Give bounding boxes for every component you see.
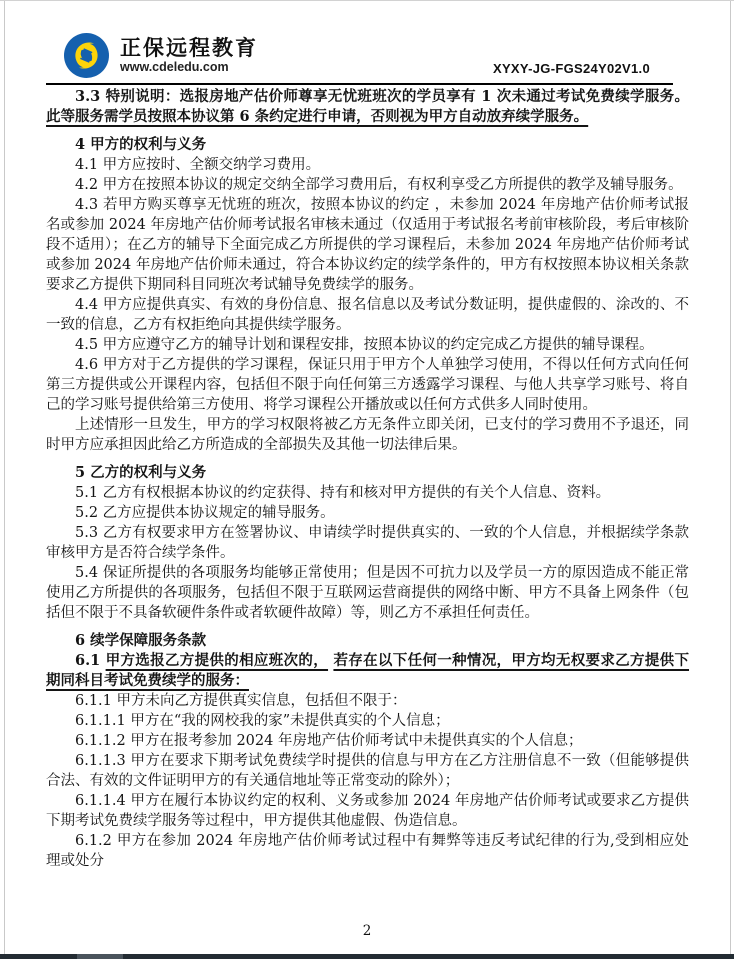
page-top-edge [0, 0, 734, 1]
paragraph-6-1-1-3: 6.1.1.3 甲方在要求下期考试免费续学时提供的信息与甲方在乙方注册信息不一致… [46, 751, 689, 791]
paragraph-6-1-1-1: 6.1.1.1 甲方在“我的网校我的家”未提供真实的个人信息； [46, 711, 689, 731]
document-body: 3.3 特别说明：选报房地产估价师尊享无忧班班次的学员享有 1 次未通过考试免费… [46, 87, 689, 871]
text-run: 甲方选报乙方提供的相应班次的， [106, 652, 328, 669]
text-run: 3.3 特别说明：选报房地产估价师尊享无忧班班次的学员享有 1 次未通过考试免费… [75, 88, 689, 105]
text-run: 4.3 若甲方购买尊享无忧班的班次，按照本协议的约定 ，未参加 2024 年房地… [46, 197, 689, 293]
brand-logo-icon [64, 33, 109, 78]
text-run: 4.6 甲方对于乙方提供的学习课程，保证只用于甲方个人单独学习使用，不得以任何方… [46, 357, 689, 413]
heading-4: 4 甲方的权利与义务 [46, 135, 689, 155]
text-run: 6.1.1.4 甲方在履行本协议约定的权利、义务或参加 2024 年房地产估价师… [46, 793, 689, 829]
brand-name: 正保远程教育 [120, 37, 258, 60]
scrollbar-thumb[interactable] [77, 954, 123, 959]
heading-6: 6 续学保障服务条款 [46, 631, 689, 651]
header-rule [46, 83, 673, 85]
text-run: 4 甲方的权利与义务 [75, 136, 206, 153]
paragraph-4-1: 4.1 甲方应按时、全额交纳学习费用。 [46, 155, 689, 175]
page-left-edge [4, 1, 5, 954]
text-run: 6.1.1 甲方未向乙方提供真实信息，包括但不限于： [75, 693, 407, 709]
screenshot-root: { "header": { "brand_name": "正保远程教育", "b… [0, 0, 734, 959]
paragraph-4-5: 4.5 甲方应遵守乙方的辅导计划和课程安排，按照本协议的约定完成乙方提供的辅导课… [46, 335, 689, 355]
brand-text-block: 正保远程教育 www.cdeledu.com [120, 37, 258, 75]
text-run: 4.4 甲方应提供真实、有效的身份信息、报名信息以及考试分数证明，提供虚假的、涂… [46, 297, 689, 333]
text-run: 上述情形一旦发生，甲方的学习权限将被乙方无条件立即关闭，已支付的学习费用不予退还… [46, 417, 689, 453]
paragraph-5-2: 5.2 乙方应提供本协议规定的辅导服务。 [46, 503, 689, 523]
paragraph-4-2: 4.2 甲方在按照本协议的规定交纳全部学习费用后，有权利享受乙方所提供的教学及辅… [46, 175, 689, 195]
page-number: 2 [0, 923, 734, 939]
paragraph-4-3: 4.3 若甲方购买尊享无忧班的班次，按照本协议的约定 ，未参加 2024 年房地… [46, 195, 689, 295]
text-run: 6.1.1.1 甲方在“我的网校我的家”未提供真实的个人信息； [75, 713, 450, 729]
brand-logo: 正保远程教育 www.cdeledu.com [64, 33, 258, 78]
heading-5: 5 乙方的权利与义务 [46, 463, 689, 483]
paragraph-6-1: 6.1 甲方选报乙方提供的相应班次的， 若存在以下任何一种情况，甲方均无权要求乙… [46, 651, 689, 691]
brand-url: www.cdeledu.com [120, 60, 258, 75]
text-run: 5 乙方的权利与义务 [75, 464, 206, 481]
paragraph-5-3: 5.3 乙方有权要求甲方在签署协议、申请续学时提供真实的、一致的个人信息，并根据… [46, 523, 689, 563]
paragraph-4-6-continuation: 上述情形一旦发生，甲方的学习权限将被乙方无条件立即关闭，已支付的学习费用不予退还… [46, 415, 689, 455]
text-run: 5.4 保证所提供的各项服务均能够正常使用；但是因不可抗力以及学员一方的原因造成… [46, 565, 689, 621]
paragraph-4-4: 4.4 甲方应提供真实、有效的身份信息、报名信息以及考试分数证明，提供虚假的、涂… [46, 295, 689, 335]
text-run: 4.5 甲方应遵守乙方的辅导计划和课程安排，按照本协议的约定完成乙方提供的辅导课… [75, 337, 654, 353]
text-run: 此等服务需学员按照本协议第 6 条约定进行申请，否则视为甲方自动放弃续学服务。 [46, 108, 588, 125]
document-code: XYXY-JG-FGS24Y02V1.0 [493, 61, 650, 76]
paragraph-5-4: 5.4 保证所提供的各项服务均能够正常使用；但是因不可抗力以及学员一方的原因造成… [46, 563, 689, 623]
text-run: 6.1.1.2 甲方在报考参加 2024 年房地产估价师考试中未提供真实的个人信… [75, 733, 582, 749]
paragraph-6-1-1-4: 6.1.1.4 甲方在履行本协议约定的权利、义务或参加 2024 年房地产估价师… [46, 791, 689, 831]
text-run: 6.1 [75, 652, 106, 669]
paragraph-6-1-1: 6.1.1 甲方未向乙方提供真实信息，包括但不限于： [46, 691, 689, 711]
paragraph-5-1: 5.1 乙方有权根据本协议的约定获得、持有和核对甲方提供的有关个人信息、资料。 [46, 483, 689, 503]
text-run: 5.3 乙方有权要求甲方在签署协议、申请续学时提供真实的、一致的个人信息，并根据… [46, 525, 689, 561]
paragraph-6-1-1-2: 6.1.1.2 甲方在报考参加 2024 年房地产估价师考试中未提供真实的个人信… [46, 731, 689, 751]
text-run: 5.2 乙方应提供本协议规定的辅导服务。 [75, 505, 335, 521]
text-run: 6.1.2 甲方在参加 2024 年房地产估价师考试过程中有舞弊等违反考试纪律的… [46, 833, 689, 869]
text-run: 6.1.1.3 甲方在要求下期考试免费续学时提供的信息与甲方在乙方注册信息不一致… [46, 753, 689, 789]
paragraph-3-3: 3.3 特别说明：选报房地产估价师尊享无忧班班次的学员享有 1 次未通过考试免费… [46, 87, 689, 127]
page-right-edge [730, 1, 731, 954]
text-run: 4.2 甲方在按照本协议的规定交纳全部学习费用后，有权利享受乙方所提供的教学及辅… [75, 177, 683, 193]
text-run: 6 续学保障服务条款 [75, 632, 206, 649]
bottom-bar [0, 954, 734, 959]
paragraph-4-6: 4.6 甲方对于乙方提供的学习课程，保证只用于甲方个人单独学习使用，不得以任何方… [46, 355, 689, 415]
text-run: 4.1 甲方应按时、全额交纳学习费用。 [75, 157, 320, 173]
paragraph-6-1-2: 6.1.2 甲方在参加 2024 年房地产估价师考试过程中有舞弊等违反考试纪律的… [46, 831, 689, 871]
text-run: 5.1 乙方有权根据本协议的约定获得、持有和核对甲方提供的有关个人信息、资料。 [75, 485, 610, 501]
